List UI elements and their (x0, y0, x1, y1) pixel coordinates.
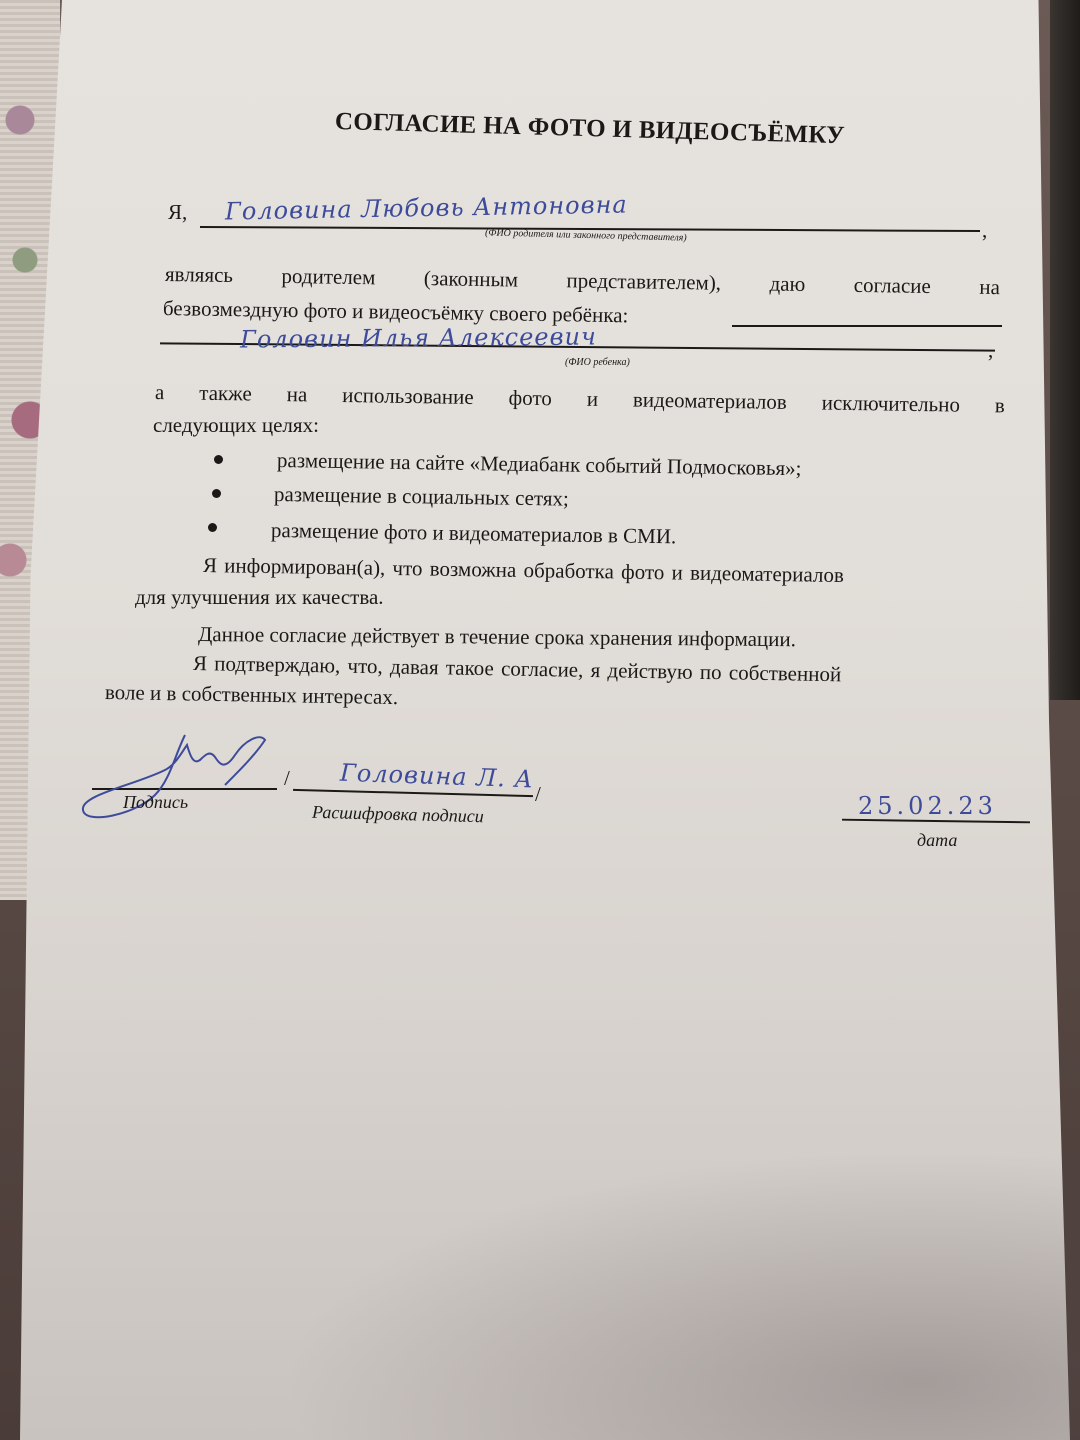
bullet-icon (212, 489, 221, 498)
document-title: СОГЛАСИЕ НА ФОТО И ВИДЕОСЪЁМКУ (335, 108, 846, 150)
child-name-handwritten: Головин Илья Алексеевич (240, 322, 597, 353)
confirm-line-2: воле и в собственных интересах. (105, 680, 399, 710)
validity-text: Данное согласие действует в течение срок… (198, 622, 796, 652)
slash-left: / (284, 766, 290, 791)
comma: , (982, 218, 987, 243)
consent-line-1: являясь родителем (законным представител… (165, 262, 1000, 300)
consent-document: СОГЛАСИЕ НА ФОТО И ВИДЕОСЪЁМКУ Я, Голови… (0, 0, 1080, 1440)
signature-label: Подпись (123, 792, 188, 813)
decoding-handwritten: Головина Л. А (340, 759, 535, 794)
purpose-item: размещение на сайте «Медиабанк событий П… (277, 448, 802, 481)
child-caption: (ФИО ребенка) (565, 357, 630, 368)
signature-scribble (75, 725, 275, 840)
purpose-line-2: следующих целях: (153, 413, 319, 438)
child-name-line-start (732, 325, 1002, 327)
intro-prefix: Я, (168, 200, 187, 225)
informed-line-1: Я информирован(а), что возможна обработк… (203, 553, 844, 588)
bullet-icon (214, 455, 223, 464)
date-line (842, 819, 1030, 824)
date-label: дата (917, 830, 957, 851)
parent-name-handwritten: Головина Любовь Антоновна (225, 190, 628, 225)
confirm-line-1: Я подтверждаю, что, давая такое согласие… (193, 651, 842, 687)
purpose-item: размещение фото и видеоматериалов в СМИ. (271, 518, 677, 549)
bullet-icon (208, 523, 217, 532)
purpose-item: размещение в социальных сетях; (274, 482, 569, 512)
comma: , (988, 338, 993, 363)
date-handwritten: 25.02.23 (858, 792, 997, 820)
decoding-label: Расшифровка подписи (312, 802, 484, 827)
informed-line-2: для улучшения их качества. (135, 585, 384, 610)
slash-right: / (535, 782, 541, 807)
